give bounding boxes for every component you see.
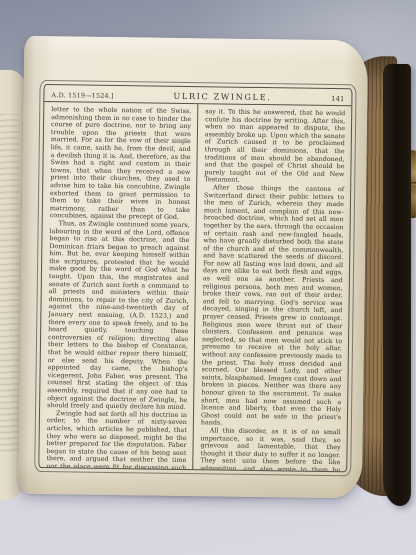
book-photo-scene: A.D. 1519—1524.] ULRIC ZWINGLE. 141 lett… (0, 0, 416, 555)
paragraph: All this disorder, as it is of no small … (200, 427, 341, 471)
header-page-number: 141 (331, 95, 344, 103)
book-cover-board (383, 64, 411, 506)
text-column-left: letter to the whole nation of the Swiss,… (39, 102, 197, 469)
facing-page-text-blur (0, 114, 19, 454)
paragraph: Zwingle had set forth all his doctrine i… (46, 410, 187, 469)
book-page: A.D. 1519—1524.] ULRIC ZWINGLE. 141 lett… (18, 36, 368, 499)
header-date-range: A.D. 1519—1524.] (51, 91, 113, 100)
paragraph: letter to the whole nation of the Swiss,… (50, 106, 192, 222)
paragraph: Thus, as Zwingle continued some years, l… (47, 220, 190, 412)
paragraph: After those things the cantons of Switze… (201, 184, 344, 429)
text-column-right: say it. To this he answered, that he wou… (192, 104, 351, 471)
header-running-title: ULRIC ZWINGLE. (173, 91, 271, 102)
text-columns: letter to the whole nation of the Swiss,… (39, 102, 351, 471)
paragraph: say it. To this he answered, that he wou… (204, 108, 345, 186)
page-frame: A.D. 1519—1524.] ULRIC ZWINGLE. 141 lett… (38, 84, 352, 472)
